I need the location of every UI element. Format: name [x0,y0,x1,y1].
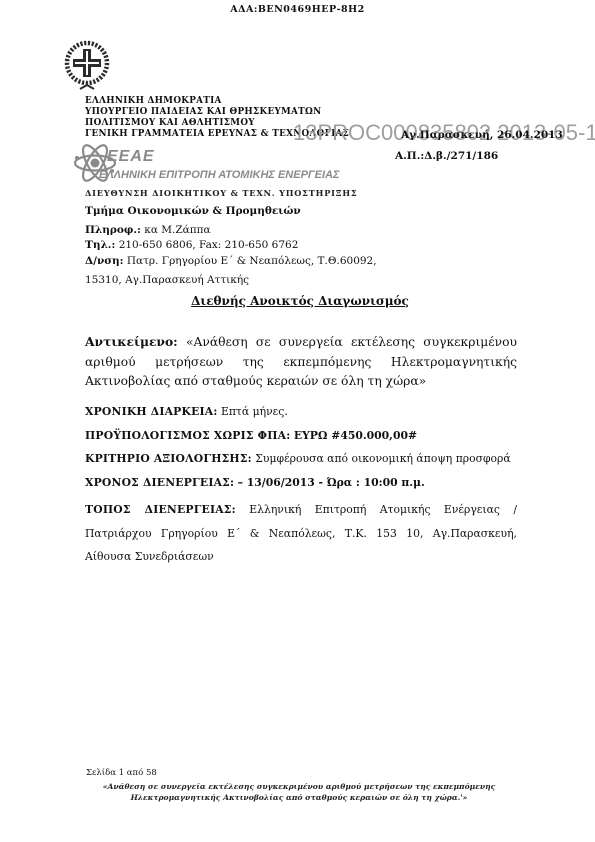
detail-datetime: ΧΡΟΝΟΣ ΔΙΕΝΕΡΓΕΙΑΣ: – 13/06/2013 - Ώρα :… [85,475,517,490]
protocol-number: Α.Π.:Δ.β./271/186 [395,150,498,162]
detail-duration: ΧΡΟΝΙΚΗ ΔΙΑΡΚΕΙΑ: Επτά μήνες. [85,404,517,419]
contact-address-line: Δ/νση: Πατρ. Γρηγορίου Ε΄ & Νεαπόλεως, Τ… [85,254,405,269]
eeae-full-name: ΕΛΛΗΝΙΚΗ ΕΠΙΤΡΟΠΗ ΑΤΟΜΙΚΗΣ ΕΝΕΡΓΕΙΑΣ [99,169,339,181]
document-title: Διεθνής Ανοικτός Διαγωνισμός [85,294,515,308]
contact-block: Τμήμα Οικονομικών & Προμηθειών Πληροφ.: … [85,204,405,288]
ministry-line: ΕΛΛΗΝΙΚΗ ΔΗΜΟΚΡΑΤΙΑ [85,96,349,107]
contact-phone-value: 210-650 6806, Fax: 210-650 6762 [119,239,299,251]
tender-details: ΧΡΟΝΙΚΗ ΔΙΑΡΚΕΙΑ: Επτά μήνες. ΠΡΟΫΠΟΛΟΓΙ… [85,404,517,569]
subject-label: Αντικείμενο: [85,334,178,349]
greek-coat-of-arms-icon [62,37,112,95]
detail-location: ΤΟΠΟΣ ΔΙΕΝΕΡΓΕΙΑΣ: Ελληνική Επιτροπή Ατο… [85,498,517,569]
detail-label: ΠΡΟΫΠΟΛΟΓΙΣΜΟΣ ΧΩΡΙΣ ΦΠΑ: [85,429,290,442]
contact-phone-label: Τηλ.: [85,239,115,251]
contact-info-line: Πληροφ.: κα Μ.Ζάππα [85,223,405,238]
contact-info-value: κα Μ.Ζάππα [144,224,210,236]
detail-label: ΤΟΠΟΣ ΔΙΕΝΕΡΓΕΙΑΣ: [85,503,236,516]
directorate-line: ΔΙΕΥΘΥΝΣΗ ΔΙΟΙΚΗΤΙΚΟΥ & ΤΕΧΝ. ΥΠΟΣΤΗΡΙΞΗ… [85,188,357,198]
detail-label: ΚΡΙΤΗΡΙΟ ΑΞΙΟΛΟΓΗΣΗΣ: [85,452,252,465]
contact-phone-line: Τηλ.: 210-650 6806, Fax: 210-650 6762 [85,238,405,253]
detail-label: ΧΡΟΝΙΚΗ ΔΙΑΡΚΕΙΑ: [85,405,218,418]
document-page: ΑΔΑ:ΒΕΝ0469ΗΕΡ-8Η2 ΕΛΛΗΝΙΚΗ ΔΗΜΟΚΡΑΤΙΑ Υ… [0,0,595,842]
detail-budget: ΠΡΟΫΠΟΛΟΓΙΣΜΟΣ ΧΩΡΙΣ ΦΠΑ: ΕΥΡΩ #450.000,… [85,428,517,443]
contact-address-line2: 15310, Αγ.Παρασκευή Αττικής [85,273,405,288]
contact-address-label: Δ/νση: [85,255,124,267]
detail-criterion: ΚΡΙΤΗΡΙΟ ΑΞΙΟΛΟΓΗΣΗΣ: Συμφέρουσα από οικ… [85,451,517,466]
footer-quote: «Ανάθεση σε συνεργεία εκτέλεσης συγκεκρι… [60,781,538,803]
page-number: Σελίδα 1 από 58 [86,768,157,778]
ada-code: ΑΔΑ:ΒΕΝ0469ΗΕΡ-8Η2 [0,4,595,15]
eeae-acronym: ΕΕΑΕ [107,148,155,166]
contact-info-label: Πληροφ.: [85,224,141,236]
ministry-line: ΥΠΟΥΡΓΕΙΟ ΠΑΙΔΕΙΑΣ ΚΑΙ ΘΡΗΣΚΕΥΜΑΤΩΝ [85,107,349,118]
detail-value: – 13/06/2013 - Ώρα : 10:00 π.μ. [238,476,425,489]
detail-value: Συμφέρουσα από οικονομική άποψη προσφορά [255,452,510,465]
detail-value: Επτά μήνες. [221,405,288,418]
date-place: Αγ.Παρασκευή, 26.04.2013 [401,129,563,141]
detail-value: ΕΥΡΩ #450.000,00# [294,429,417,442]
contact-address-value: Πατρ. Γρηγορίου Ε΄ & Νεαπόλεως, Τ.Θ.6009… [127,255,377,267]
contact-department: Τμήμα Οικονομικών & Προμηθειών [85,204,405,219]
subject-paragraph: Αντικείμενο: «Ανάθεση σε συνεργεία εκτέλ… [85,332,517,392]
detail-label: ΧΡΟΝΟΣ ΔΙΕΝΕΡΓΕΙΑΣ: [85,476,234,489]
